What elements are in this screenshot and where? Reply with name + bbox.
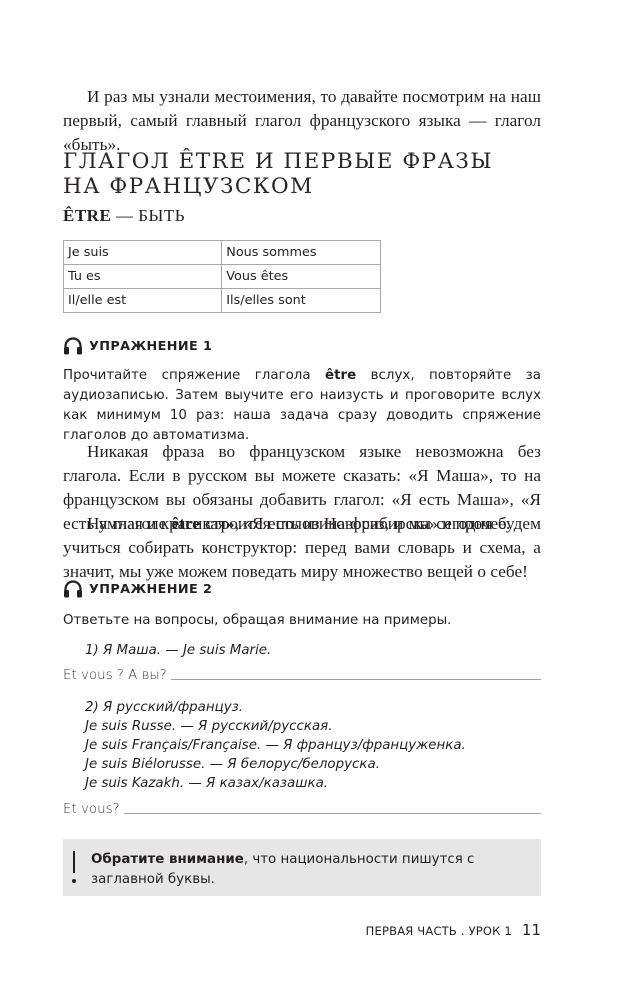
example-line: Je suis Français/Française. — Я француз/… <box>85 736 466 755</box>
table-row: Il/elle estIls/elles sont <box>64 289 381 313</box>
running-head: ПЕРВАЯ ЧАСТЬ . УРОК 1 <box>366 924 512 938</box>
headphones-icon <box>63 580 83 598</box>
page-number: 11 <box>522 921 541 939</box>
answer-line-2[interactable]: Et vous? <box>63 802 541 817</box>
answer-prompt-1: Et vous ? А вы? <box>63 668 167 683</box>
table-row: Je suisNous sommes <box>64 241 381 265</box>
headphones-icon <box>63 337 83 355</box>
note-emphasis: Обратите внимание <box>91 852 244 867</box>
task-verb: être <box>325 368 356 383</box>
verb-translation: — БЫТЬ <box>111 206 185 225</box>
body-paragraph-2: На глаголе être строится половина фраз, … <box>63 512 541 584</box>
paragraph-verb: être <box>171 514 200 533</box>
example-line: Je suis Russe. — Я русский/русская. <box>85 717 466 736</box>
table-cell: Nous sommes <box>222 241 381 265</box>
section-title-line1: Глагол être и первые фразы <box>63 149 493 174</box>
exercise-2-heading: УПРАЖНЕНИЕ 2 <box>63 580 212 598</box>
example-line: Je suis Kazakh. — Я казах/казашка. <box>85 774 466 793</box>
table-cell: Il/elle est <box>64 289 222 313</box>
example-line: Je suis Biélorusse. — Я белорус/белоруск… <box>85 755 466 774</box>
exercise-1-heading: УПРАЖНЕНИЕ 1 <box>63 337 212 355</box>
answer-line-1[interactable]: Et vous ? А вы? <box>63 668 541 683</box>
example-line: 2) Я русский/француз. <box>85 698 466 717</box>
table-cell: Tu es <box>64 265 222 289</box>
exercise-2-task: Ответьте на вопросы, обращая внимание на… <box>63 611 451 631</box>
task-text: Прочитайте спряжение глагола <box>63 368 325 383</box>
table-cell: Vous êtes <box>222 265 381 289</box>
answer-blank-2[interactable] <box>124 812 541 814</box>
verb-heading: ÊTRE — БЫТЬ <box>63 206 185 226</box>
section-title: Глагол être и первые фразы на французско… <box>63 149 493 199</box>
paragraph-text: На глаголе <box>87 514 171 533</box>
conjugation-table: Je suisNous sommesTu esVous êtesIl/elle … <box>63 240 381 313</box>
note-box: Обратите внимание, что национальности пи… <box>63 839 541 896</box>
table-cell: Je suis <box>64 241 222 265</box>
exercise-1-task: Прочитайте спряжение глагола être вслух,… <box>63 366 541 446</box>
exercise-2-title: УПРАЖНЕНИЕ 2 <box>89 582 212 597</box>
example-1: 1) Я Маша. — Je suis Marie. <box>85 641 271 660</box>
exercise-1-title: УПРАЖНЕНИЕ 1 <box>89 339 212 354</box>
verb-name: ÊTRE <box>63 206 111 225</box>
table-row: Tu esVous êtes <box>64 265 381 289</box>
answer-blank-1[interactable] <box>171 678 541 680</box>
table-cell: Ils/elles sont <box>222 289 381 313</box>
note-text: Обратите внимание, что национальности пи… <box>91 850 521 890</box>
answer-prompt-2: Et vous? <box>63 802 120 817</box>
intro-paragraph: И раз мы узнали местоимения, то давайте … <box>63 85 541 157</box>
page-footer: ПЕРВАЯ ЧАСТЬ . УРОК 1 11 <box>366 921 541 939</box>
example-2-list: 2) Я русский/француз.Je suis Russe. — Я … <box>85 698 466 793</box>
section-title-line2: на французском <box>63 174 314 199</box>
exclamation-icon <box>73 851 76 885</box>
